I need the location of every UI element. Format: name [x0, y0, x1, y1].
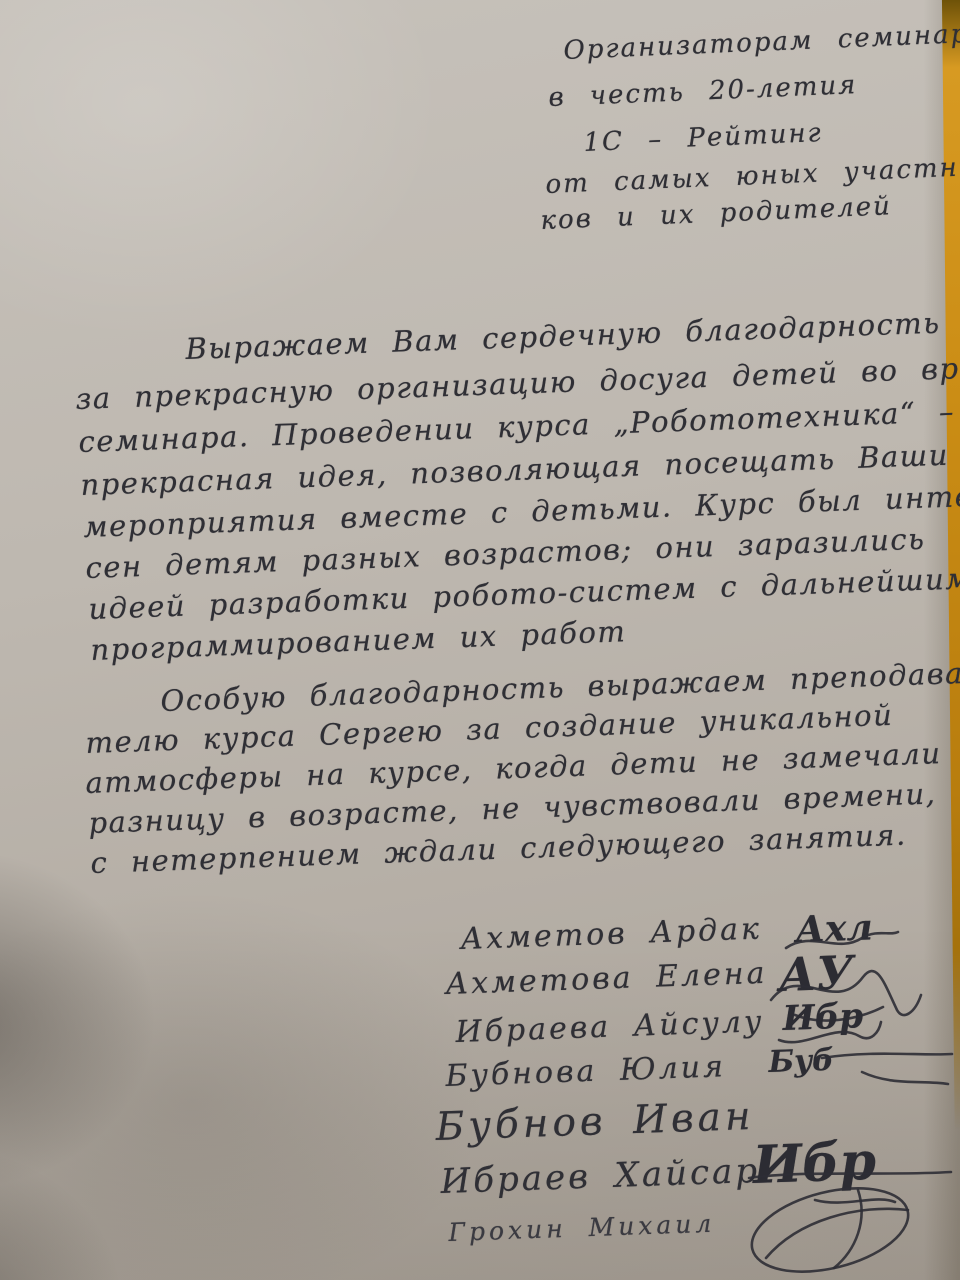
handwritten-letter-photo: Организаторам семинара в честь 20-летия … — [0, 0, 960, 1280]
signature-name: Грохин Михаил — [448, 1211, 716, 1245]
signature-name: Бубнов Иван — [435, 1097, 755, 1147]
signature-name: Бубнова Юлия — [445, 1052, 726, 1092]
signature-name: Ахметов Ардак — [460, 914, 762, 955]
signature-name: Ахметова Елена — [445, 959, 768, 1000]
header-line: Организаторам семинара — [563, 20, 960, 64]
signature-flourish-icon — [762, 1046, 957, 1091]
paragraph-line: программированием их работ — [90, 617, 627, 665]
header-line: от самых юных участни- — [545, 153, 960, 198]
header-line: ков и их родителей — [540, 193, 892, 234]
header-line: в честь 20-летия — [548, 72, 858, 111]
signature-flourish-icon — [738, 1180, 923, 1280]
signature-name: Ибраев Хайсар — [440, 1154, 761, 1199]
header-line: 1С – Рейтинг — [583, 120, 823, 156]
signature-name: Ибраева Айсулу — [455, 1007, 765, 1048]
